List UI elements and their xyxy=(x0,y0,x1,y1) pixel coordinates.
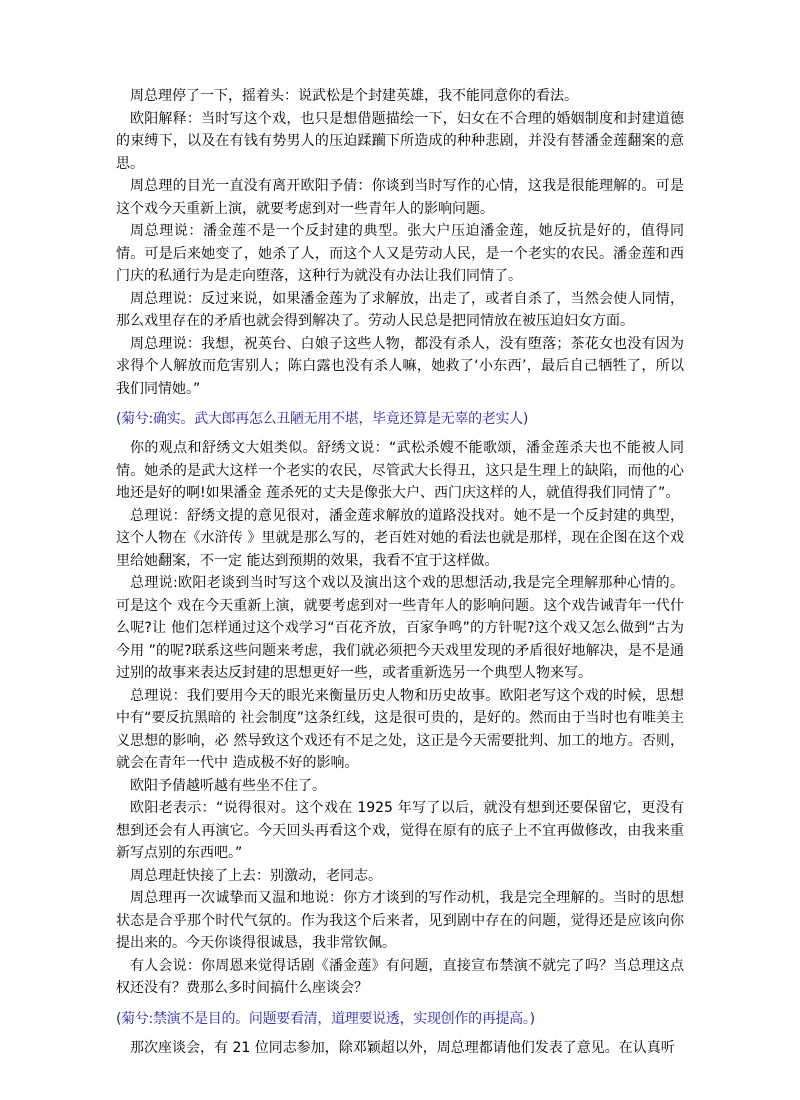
paragraph: 周总理说：我想，祝英台、白娘子这些人物，都没有杀人，没有堕落；茶花女也没有因为求… xyxy=(116,333,684,401)
editor-note: (菊兮:禁演不是目的。问题要看清，道理要说透，实现创作的再提高。) xyxy=(116,1008,684,1030)
paragraph: 总理说：我们要用今天的眼光来衡量历史人物和历史故事。欧阳老写这个戏的时候，思想中… xyxy=(116,685,684,775)
paragraph: 周总理说：潘金莲不是一个反封建的典型。张大户压迫潘金莲，她反抗是好的，值得同情。… xyxy=(116,220,684,288)
paragraph: 周总理的目光一直没有离开欧阳予倩：你谈到当时写作的心情，这我是很能理解的。可是这… xyxy=(116,175,684,220)
paragraph: 欧阳老表示：“说得很对。这个戏在 1925 年写了以后，就没有想到还要保留它，更… xyxy=(116,797,684,865)
paragraph: 周总理停了一下，摇着头：说武松是个封建英雄，我不能同意你的看法。 xyxy=(116,85,684,108)
editor-note: (菊兮:确实。武大郎再怎么丑陋无用不堪，毕竟还算是无辜的老实人) xyxy=(116,408,684,430)
paragraph: 欧阳予倩越听越有些坐不住了。 xyxy=(116,775,684,798)
paragraph: 你的观点和舒绣文大姐类似。舒绣文说：“武松杀嫂不能歌颂，潘金莲杀夫也不能被人同情… xyxy=(116,437,684,505)
paragraph: 周总理赶快接了上去：别激动，老同志。 xyxy=(116,865,684,888)
paragraph: 周总理说：反过来说，如果潘金莲为了求解放，出走了，或者自杀了，当然会使人同情，那… xyxy=(116,288,684,333)
paragraph: 有人会说：你周恩来觉得话剧《潘金莲》有问题，直接宣布禁演不就完了吗？当总理这点权… xyxy=(116,955,684,1000)
paragraph: 欧阳解释：当时写这个戏，也只是想借题描绘一下，妇女在不合理的婚姻制度和封建道德的… xyxy=(116,108,684,176)
paragraph: 周总理再一次诚挚而又温和地说：你方才谈到的写作动机，我是完全理解的。当时的思想状… xyxy=(116,887,684,955)
paragraph: 总理说：舒绣文提的意见很对，潘金莲求解放的道路没找对。她不是一个反封建的典型，这… xyxy=(116,505,684,573)
document-page: 周总理停了一下，摇着头：说武松是个封建英雄，我不能同意你的看法。 欧阳解释：当时… xyxy=(116,85,684,1059)
paragraph: 总理说:欧阳老谈到当时写这个戏以及演出这个戏的思想活动,我是完全理解那种心情的。… xyxy=(116,572,684,685)
paragraph: 那次座谈会，有 21 位同志参加，除邓颖超以外，周总理都请他们发表了意见。在认真… xyxy=(116,1037,684,1060)
